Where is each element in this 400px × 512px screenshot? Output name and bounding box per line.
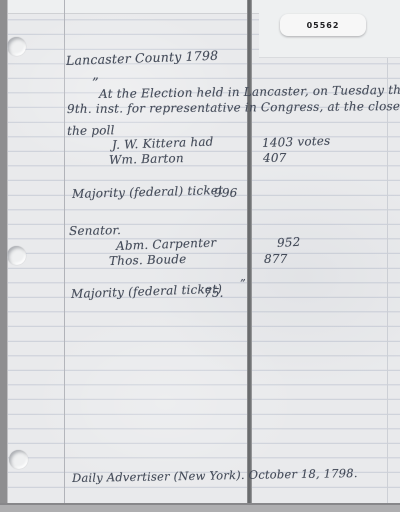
senator-candidate-name: Thos. Boude (109, 252, 187, 268)
congress-majority-value: 996 (214, 186, 238, 200)
punch-hole-top (7, 37, 26, 56)
notebook-page (7, 0, 400, 503)
page-bottom-edge (0, 503, 400, 512)
catalog-label: 05562 (280, 14, 366, 36)
paragraph-line-2: 9th. inst. for representative in Congres… (67, 99, 400, 116)
catalog-number: 05562 (307, 21, 340, 30)
congress-candidate-votes: 407 (263, 151, 287, 165)
close-quote-mark: ” (240, 277, 246, 290)
punch-hole-bottom (9, 450, 28, 469)
congress-candidate-name: Wm. Barton (109, 151, 184, 167)
right-margin-line (387, 55, 388, 503)
senator-candidate-votes: 952 (277, 235, 301, 250)
senator-candidate-votes: 877 (264, 252, 288, 266)
punch-hole-middle (7, 246, 26, 265)
open-quote-mark: ” (92, 76, 99, 91)
left-margin-line (64, 0, 65, 503)
senator-section-heading: Senator. (69, 223, 121, 238)
vertical-seam-line (247, 0, 252, 503)
senator-majority-value: 75. (204, 286, 224, 300)
scanned-document: 05562 Lancaster County 1798 ” At the Ele… (0, 0, 400, 512)
congress-candidate-votes: 1403 votes (262, 134, 331, 150)
paragraph-line-3: the poll (67, 123, 115, 138)
